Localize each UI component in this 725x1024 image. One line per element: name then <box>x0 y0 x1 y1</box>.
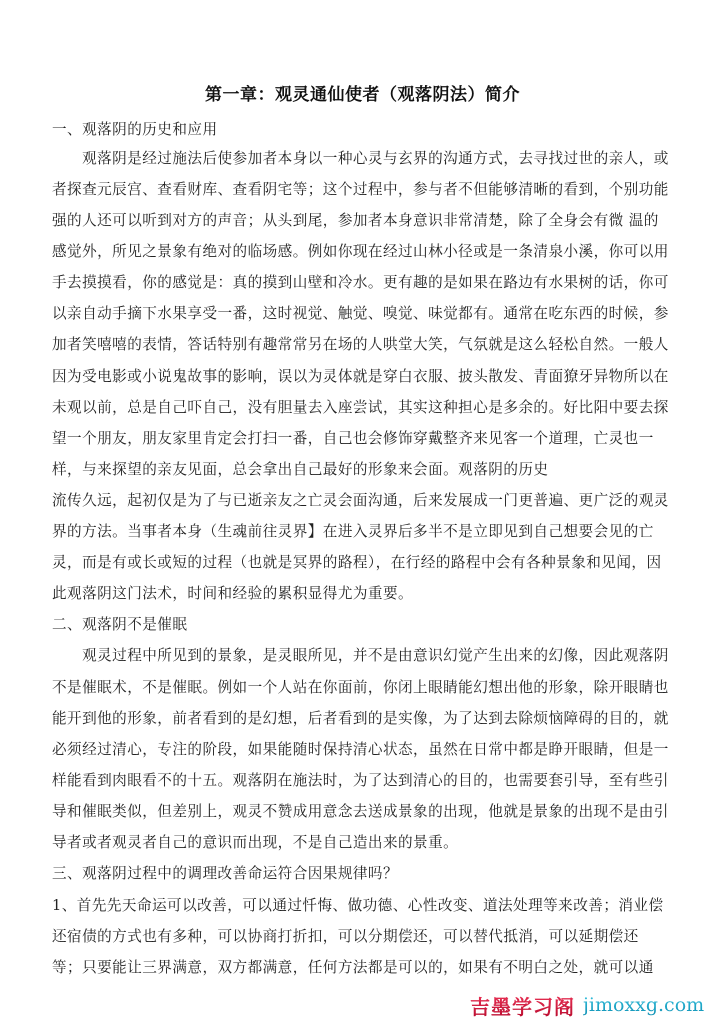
paragraph-line: 灵，而是有或长或短的过程（也就是冥界的路程），在行经的路程中会有各种景象和见闻，… <box>52 551 662 572</box>
section-heading: 二、观落阴不是催眠 <box>52 613 187 634</box>
paragraph-line: 未观以前，总是自己吓自己，没有胆量去入座尝试，其实这种担心是多余的。好比阳中要去… <box>52 396 669 417</box>
paragraph-line: 者探查元辰宫、查看财库、查看阴宅等；这个过程中，参与者不但能够清晰的看到，个别功… <box>52 178 669 199</box>
paragraph-line: 不是催眠术，不是催眠。例如一个人站在你面前，你闭上眼睛能幻想出他的形象，除开眼睛… <box>52 676 669 697</box>
watermark-url: jimoxxg.com <box>583 994 704 1016</box>
paragraph-line: 还宿债的方式也有多种，可以协商打折扣，可以分期偿还，可以替代抵消，可以延期偿还 <box>52 925 639 946</box>
paragraph-line: 导和催眠类似，但差别上，观灵不赞成用意念去送成景象的出现，他就是景象的出现不是由… <box>52 800 669 821</box>
paragraph-line: 样能看到肉眼看不的十五。观落阴在施法时，为了达到清心的目的，也需要套引导，至有些… <box>52 769 669 790</box>
chapter-title: 第一章：观灵通仙使者（观落阴法）简介 <box>0 80 725 105</box>
paragraph-line: 因为受电影或小说鬼故事的影响，误以为灵体就是穿白衣服、披头散发、青面獠牙异物所以… <box>52 365 669 386</box>
paragraph-line: 1、首先先天命运可以改善，可以通过忏悔、做功德、心性改变、道法处理等来改善；消业… <box>52 894 664 915</box>
section-heading: 三、观落阴过程中的调理改善命运符合因果规律吗？ <box>52 862 398 883</box>
paragraph-line: 强的人还可以听到对方的声音；从头到尾，参加者本身意识非常清楚，除了全身会有微 温… <box>52 209 659 230</box>
paragraph-line: 观灵过程中所见到的景象，是灵眼所见，并不是由意识幻觉产生出来的幻像，因此观落阴 <box>52 644 669 665</box>
section-heading: 一、观落阴的历史和应用 <box>52 118 217 139</box>
document-page: 第一章：观灵通仙使者（观落阴法）简介 一、观落阴的历史和应用 观落阴是经过施法后… <box>0 0 725 1024</box>
paragraph-line: 导者或者观灵者自己的意识而出现，不是自己造出来的景重。 <box>52 831 458 852</box>
paragraph-line: 必须经过清心，专注的阶段，如果能随时保持清心状态，虽然在日常中都是睁开眼睛，但是… <box>52 738 669 759</box>
paragraph-line: 等；只要能让三界满意，双方都满意，任何方法都是可以的，如果有不明白之处，就可以通 <box>52 956 654 977</box>
paragraph-line: 手去摸摸看，你的感觉是：真的摸到山壁和冷水。更有趣的是如果在路边有水果树的话，你… <box>52 271 669 292</box>
paragraph-line: 感觉外，所见之景象有绝对的临场感。例如你现在经过山林小径或是一条清泉小溪，你可以… <box>52 240 669 261</box>
paragraph-line: 望一个朋友，朋友家里肯定会打扫一番，自己也会修饰穿戴整齐来见客一个道理，亡灵也一 <box>52 427 654 448</box>
paragraph-line: 样，与来探望的亲友见面，总会拿出自己最好的形象来会面。观落阴的历史 <box>52 458 548 479</box>
watermark-brand-cn: 吉墨学习阁 <box>470 991 575 1020</box>
paragraph-line: 观落阴是经过施法后使参加者本身以一种心灵与玄界的沟通方式，去寻找过世的亲人，或 <box>52 147 669 168</box>
paragraph-line: 流传久远，起初仅是为了与已逝亲友之亡灵会面沟通，后来发展成一门更普遍、更广泛的观… <box>52 489 669 510</box>
paragraph-line: 能开到他的形象，前者看到的是幻想，后者看到的是实像，为了达到去除烦恼障碍的目的，… <box>52 707 669 728</box>
paragraph-line: 此观落阴这门法术，时间和经验的累积显得尤为重要。 <box>52 582 413 603</box>
paragraph-line: 界的方法。当事者本身（生魂前往灵界】在进入灵界后多半不是立即见到自己想要会见的亡 <box>52 520 654 541</box>
watermark: 吉墨学习阁 jimoxxg.com <box>470 990 704 1020</box>
paragraph-line: 加者笑嘻嘻的表情，答话特别有趣常常另在场的人哄堂大笑，气氛就是这么轻松自然。一般… <box>52 333 669 354</box>
paragraph-line: 以亲自动手摘下水果享受一番，这时视觉、触觉、嗅觉、味觉都有。通常在吃东西的时候，… <box>52 302 669 323</box>
